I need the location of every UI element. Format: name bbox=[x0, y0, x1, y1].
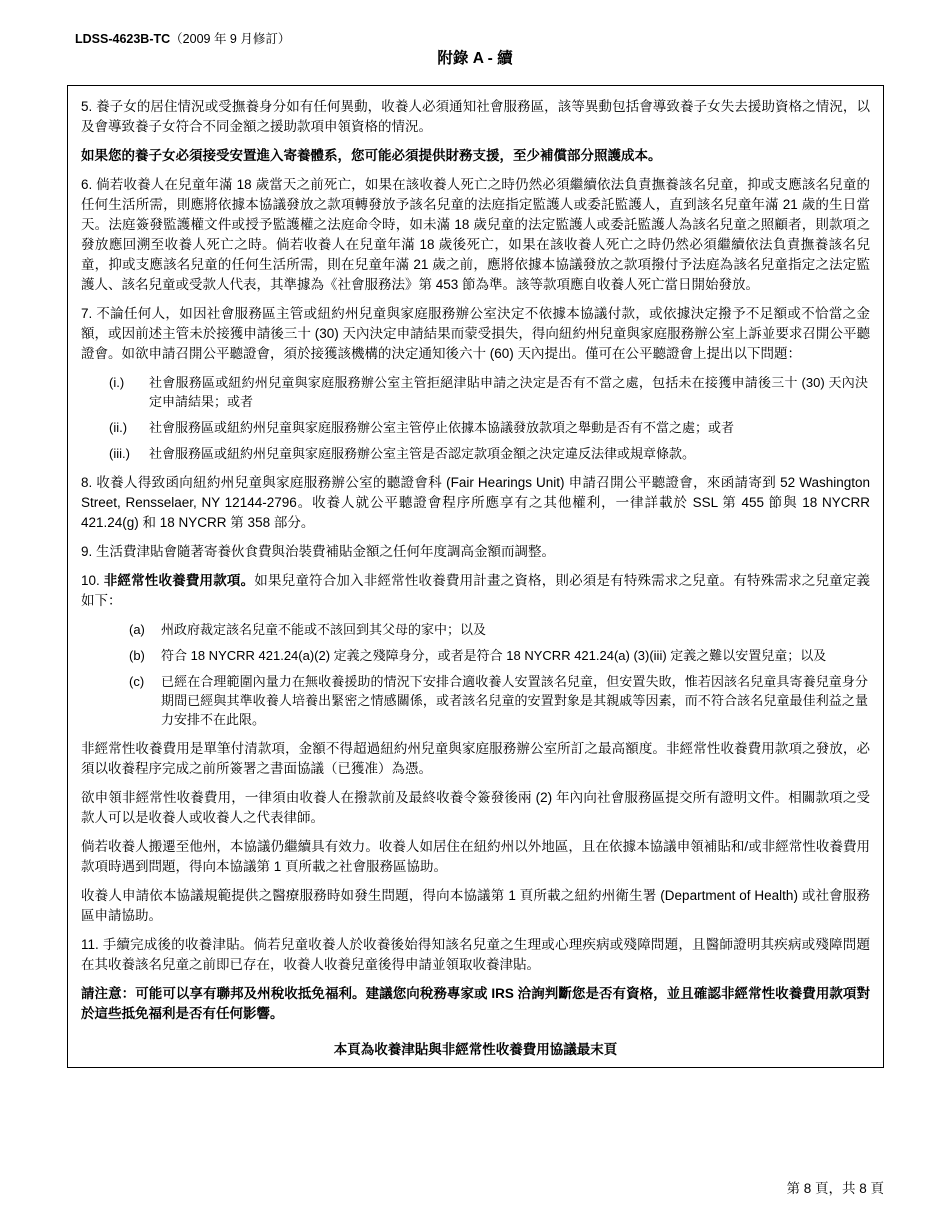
out-of-state-paragraph: 倘若收養人搬遷至他州，本協議仍繼續具有效力。收養人如居住在紐約州以外地區，且在依… bbox=[81, 837, 870, 877]
section-11-paragraph: 11. 手續完成後的收養津貼。倘若兒童收養人於收養後始得知該名兒童之生理或心理疾… bbox=[81, 935, 870, 975]
section-5-paragraph: 5. 養子女的居住情況或受撫養身分如有任何異動，收養人必須通知社會服務區，該等異… bbox=[81, 97, 870, 137]
section-7-paragraph: 7. 不論任何人，如因社會服務區主管或紐約州兒童與家庭服務辦公室決定不依據本協議… bbox=[81, 304, 870, 364]
list-item: (a) 州政府裁定該名兒童不能或不該回到其父母的家中；以及 bbox=[81, 620, 870, 639]
special-needs-criteria-list: (a) 州政府裁定該名兒童不能或不該回到其父母的家中；以及 (b) 符合 18 … bbox=[81, 620, 870, 729]
item-text: 社會服務區或紐約州兒童與家庭服務辦公室主管拒絕津貼申請之決定是否有不當之處，包括… bbox=[149, 373, 870, 411]
foster-care-notice: 如果您的養子女必須接受安置進入寄養體系，您可能必須提供財務支援，至少補償部分照護… bbox=[81, 146, 870, 166]
item-marker: (b) bbox=[129, 646, 161, 665]
item-marker: (ii.) bbox=[109, 418, 149, 437]
item-text: 已經在合理範圍內量力在無收養援助的情況下安排合適收養人安置該名兒童，但安置失敗，… bbox=[161, 672, 870, 729]
item-text: 社會服務區或紐約州兒童與家庭服務辦公室主管停止依據本協議發放款項之舉動是否有不當… bbox=[149, 418, 870, 437]
item-marker: (c) bbox=[129, 672, 161, 729]
medical-services-paragraph: 收養人申請依本協議規範提供之醫療服務時如發生問題，得向本協議第 1 頁所載之紐約… bbox=[81, 886, 870, 926]
tax-credit-notice: 請注意：可能可以享有聯邦及州稅收抵免福利。建議您向稅務專家或 IRS 洽詢判斷您… bbox=[81, 984, 870, 1024]
document-page: LDSS-4623B-TC（2009 年 9 月修訂） 附錄 A - 續 5. … bbox=[0, 0, 950, 1230]
hearing-issues-list: (i.) 社會服務區或紐約州兒童與家庭服務辦公室主管拒絕津貼申請之決定是否有不當… bbox=[81, 373, 870, 463]
claim-deadline-paragraph: 欲申領非經常性收養費用，一律須由收養人在撥款前及最終收養令簽發後兩 (2) 年內… bbox=[81, 788, 870, 828]
section-10-paragraph: 10. 非經常性收養費用款項。如果兒童符合加入非經常性收養費用計畫之資格，則必須… bbox=[81, 571, 870, 611]
list-item: (iii.) 社會服務區或紐約州兒童與家庭服務辦公室主管是否認定款項金額之決定違… bbox=[81, 444, 870, 463]
section-9-paragraph: 9. 生活費津貼會隨著寄養伙食費與治裝費補貼金額之任何年度調高金額而調整。 bbox=[81, 542, 870, 562]
section-8-paragraph: 8. 收養人得致函向紐約州兒童與家庭服務辦公室的聽證會科 (Fair Heari… bbox=[81, 473, 870, 533]
agreement-terms-box: 5. 養子女的居住情況或受撫養身分如有任何異動，收養人必須通知社會服務區，該等異… bbox=[67, 85, 884, 1068]
closing-line: 本頁為收養津貼與非經常性收養費用協議最末頁 bbox=[81, 1040, 870, 1060]
lump-sum-paragraph: 非經常性收養費用是單筆付清款項，金額不得超過紐約州兒童與家庭服務辦公室所訂之最高… bbox=[81, 739, 870, 779]
list-item: (ii.) 社會服務區或紐約州兒童與家庭服務辦公室主管停止依據本協議發放款項之舉… bbox=[81, 418, 870, 437]
section-6-paragraph: 6. 倘若收養人在兒童年滿 18 歲當天之前死亡，如果在該收養人死亡之時仍然必須… bbox=[81, 175, 870, 295]
page-number: 第 8 頁，共 8 頁 bbox=[786, 1177, 884, 1197]
item-marker: (iii.) bbox=[109, 444, 149, 463]
page-title: 附錄 A - 續 bbox=[0, 46, 950, 68]
form-number: LDSS-4623B-TC bbox=[75, 32, 170, 46]
item-text: 社會服務區或紐約州兒童與家庭服務辦公室主管是否認定款項金額之決定違反法律或規章條… bbox=[149, 444, 870, 463]
form-revision-date: （2009 年 9 月修訂） bbox=[170, 32, 290, 46]
item-text: 符合 18 NYCRR 421.24(a)(2) 定義之殘障身分，或者是符合 1… bbox=[161, 646, 870, 665]
item-text: 州政府裁定該名兒童不能或不該回到其父母的家中；以及 bbox=[161, 620, 870, 639]
item-marker: (a) bbox=[129, 620, 161, 639]
list-item: (c) 已經在合理範圍內量力在無收養援助的情況下安排合適收養人安置該名兒童，但安… bbox=[81, 672, 870, 729]
item-marker: (i.) bbox=[109, 373, 149, 411]
section-10-heading: 非經常性收養費用款項。 bbox=[104, 573, 255, 588]
list-item: (i.) 社會服務區或紐約州兒童與家庭服務辦公室主管拒絕津貼申請之決定是否有不當… bbox=[81, 373, 870, 411]
form-identifier: LDSS-4623B-TC（2009 年 9 月修訂） bbox=[75, 29, 290, 47]
list-item: (b) 符合 18 NYCRR 421.24(a)(2) 定義之殘障身分，或者是… bbox=[81, 646, 870, 665]
section-10-number: 10. bbox=[81, 573, 104, 588]
